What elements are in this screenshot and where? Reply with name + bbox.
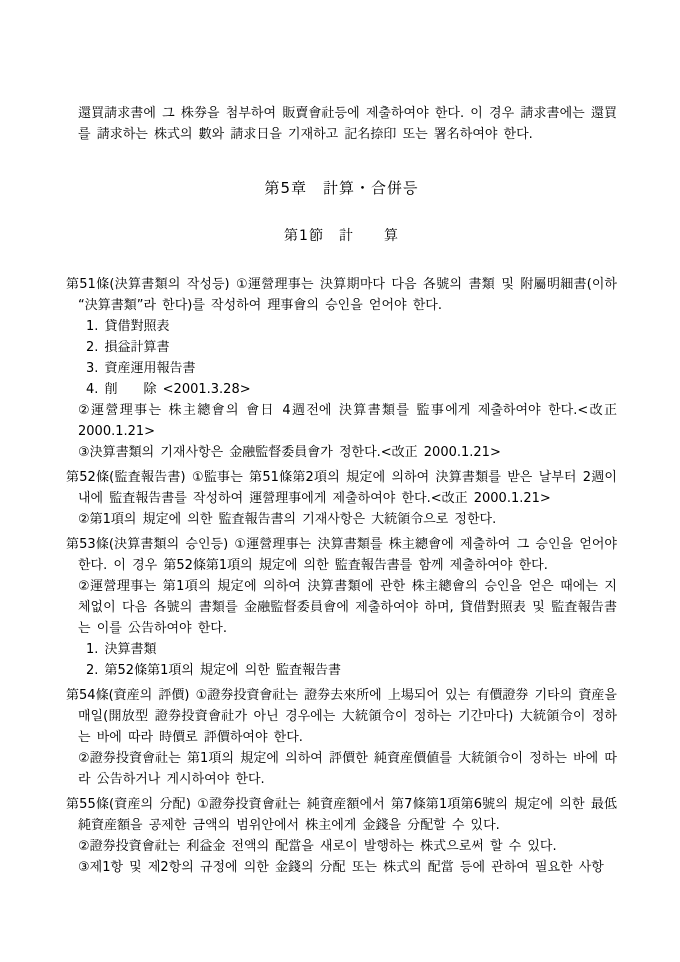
article-55-paragraph-3: ③제1항 및 제2항의 규정에 의한 金錢의 分配 또는 株式의 配當 등에 관… — [78, 857, 617, 878]
document-page: 還買請求書에 그 株券을 첨부하여 販賣會社등에 제출하여야 한다. 이 경우 … — [0, 0, 680, 962]
article-53-paragraph-2: ②運營理事는 第1項의 規定에 의하여 決算書類에 관한 株主總會의 승인을 얻… — [78, 576, 617, 639]
article-51-opening: 第51條(決算書類의 작성등) ①運營理事는 決算期마다 다음 各號의 書類 및… — [78, 274, 617, 316]
article-54-paragraph-2: ②證券投資會社는 第1項의 規定에 의하여 評價한 純資産價値를 大統領令이 정… — [78, 748, 617, 790]
article-55-paragraph-2: ②證券投資會社는 利益金 전액의 配當을 새로이 발행하는 株式으로써 할 수 … — [78, 836, 617, 857]
article-51-item-2: 2. 損益計算書 — [78, 337, 617, 358]
section-heading: 第1節 計 算 — [66, 226, 617, 247]
article-54: 第54條(資産의 評價) ①證券投資會社는 證券去來所에 上場되어 있는 有價證… — [66, 685, 617, 790]
article-53-opening: 第53條(決算書類의 승인등) ①運營理事는 決算書類를 株主總會에 제출하여 … — [78, 534, 617, 576]
article-51-paragraph-3: ③決算書類의 기재사항은 金融監督委員會가 정한다.<改正 2000.1.21> — [78, 442, 617, 463]
article-51-item-4: 4. 削 除 <2001.3.28> — [78, 379, 617, 400]
article-53-item-2: 2. 第52條第1項의 規定에 의한 監査報告書 — [78, 660, 617, 681]
article-52: 第52條(監査報告書) ①監事는 第51條第2項의 規定에 의하여 決算書類를 … — [66, 467, 617, 530]
article-54-opening: 第54條(資産의 評價) ①證券投資會社는 證券去來所에 上場되어 있는 有價證… — [78, 685, 617, 748]
article-51-item-3: 3. 資産運用報告書 — [78, 358, 617, 379]
article-53: 第53條(決算書類의 승인등) ①運營理事는 決算書類를 株主總會에 제출하여 … — [66, 534, 617, 681]
article-51-item-1: 1. 貸借對照表 — [78, 316, 617, 337]
article-52-opening: 第52條(監査報告書) ①監事는 第51條第2項의 規定에 의하여 決算書類를 … — [78, 467, 617, 509]
chapter-heading: 第5章 計算・合併등 — [66, 178, 617, 199]
article-51-paragraph-2: ②運營理事는 株主總會의 會日 4週전에 決算書類를 監事에게 제출하여야 한다… — [78, 400, 617, 442]
intro-continuation-paragraph: 還買請求書에 그 株券을 첨부하여 販賣會社등에 제출하여야 한다. 이 경우 … — [66, 103, 617, 145]
article-53-item-1: 1. 決算書類 — [78, 639, 617, 660]
article-52-paragraph-2: ②第1項의 規定에 의한 監査報告書의 기재사항은 大統領令으로 정한다. — [78, 509, 617, 530]
article-55: 第55條(資産의 分配) ①證券投資會社는 純資産額에서 第7條第1項第6號의 … — [66, 794, 617, 878]
article-55-opening: 第55條(資産의 分配) ①證券投資會社는 純資産額에서 第7條第1項第6號의 … — [78, 794, 617, 836]
article-51: 第51條(決算書類의 작성등) ①運營理事는 決算期마다 다음 各號의 書類 및… — [66, 274, 617, 463]
